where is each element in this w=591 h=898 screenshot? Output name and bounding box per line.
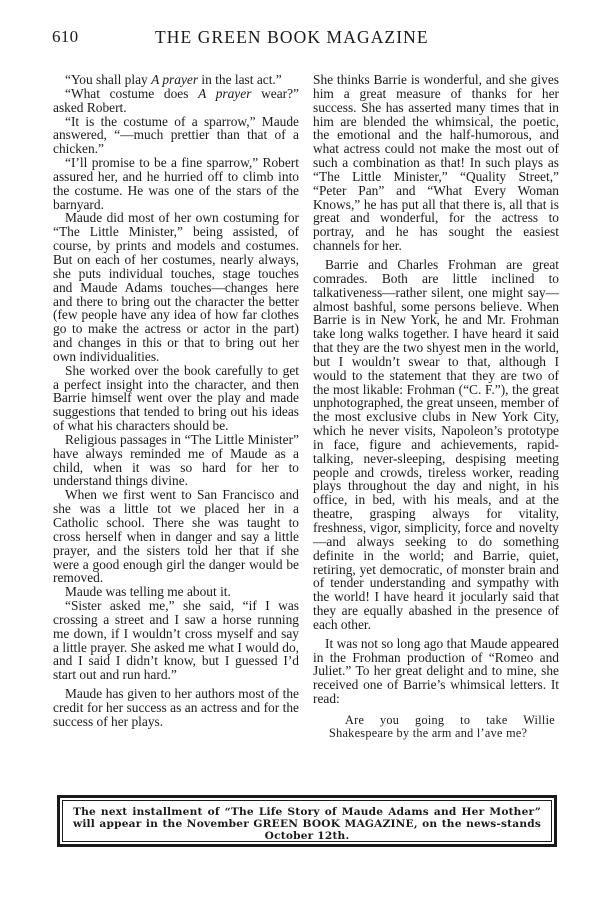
letter-quote-line: Are you going to take Willie	[329, 714, 555, 727]
paragraph: Religious passages in “The Little Minist…	[53, 433, 299, 488]
magazine-title: THE GREEN BOOK MAGAZINE	[155, 27, 429, 48]
paragraph: “I’ll promise to be a fine sparrow,” Rob…	[53, 156, 299, 211]
paragraph: “Sister asked me,” she said, “if I was c…	[53, 599, 299, 682]
paragraph: “What costume does A prayer wear?” asked…	[53, 87, 299, 115]
letter-quote-line: Shakespeare by the arm and l’ave me?	[329, 727, 555, 740]
notice-line: The next installment of “The Life Story …	[63, 806, 551, 818]
paragraph: Maude did most of her own costuming for …	[53, 211, 299, 363]
letter-quote: Are you going to take Willie Shakespeare…	[313, 714, 559, 741]
paragraph: “It is the costume of a sparrow,” Maude …	[53, 115, 299, 157]
paragraph: Maude has given to her authors most of t…	[53, 687, 299, 729]
paragraph: She thinks Barrie is wonderful, and she …	[313, 73, 559, 253]
paragraph: Barrie and Charles Frohman are great com…	[313, 258, 559, 632]
paragraph: Maude was telling me about it.	[53, 585, 299, 599]
notice-line: will appear in the November GREEN BOOK M…	[63, 818, 551, 830]
italic-title: A prayer	[198, 86, 251, 101]
italic-title: A prayer	[151, 72, 198, 87]
right-column: She thinks Barrie is wonderful, and she …	[313, 73, 559, 741]
page-number: 610	[52, 27, 78, 47]
running-head: 610 THE GREEN BOOK MAGAZINE	[52, 27, 562, 53]
paragraph: “You shall play A prayer in the last act…	[53, 73, 299, 87]
left-column: “You shall play A prayer in the last act…	[53, 73, 299, 729]
magazine-page: 610 THE GREEN BOOK MAGAZINE “You shall p…	[0, 0, 591, 898]
paragraph: When we first went to San Francisco and …	[53, 488, 299, 585]
notice-line: October 12th.	[63, 830, 551, 842]
next-installment-notice: The next installment of “The Life Story …	[57, 795, 557, 847]
paragraph: She worked over the book carefully to ge…	[53, 364, 299, 433]
notice-inner-border: The next installment of “The Life Story …	[62, 800, 552, 842]
paragraph: It was not so long ago that Maude appear…	[313, 637, 559, 706]
